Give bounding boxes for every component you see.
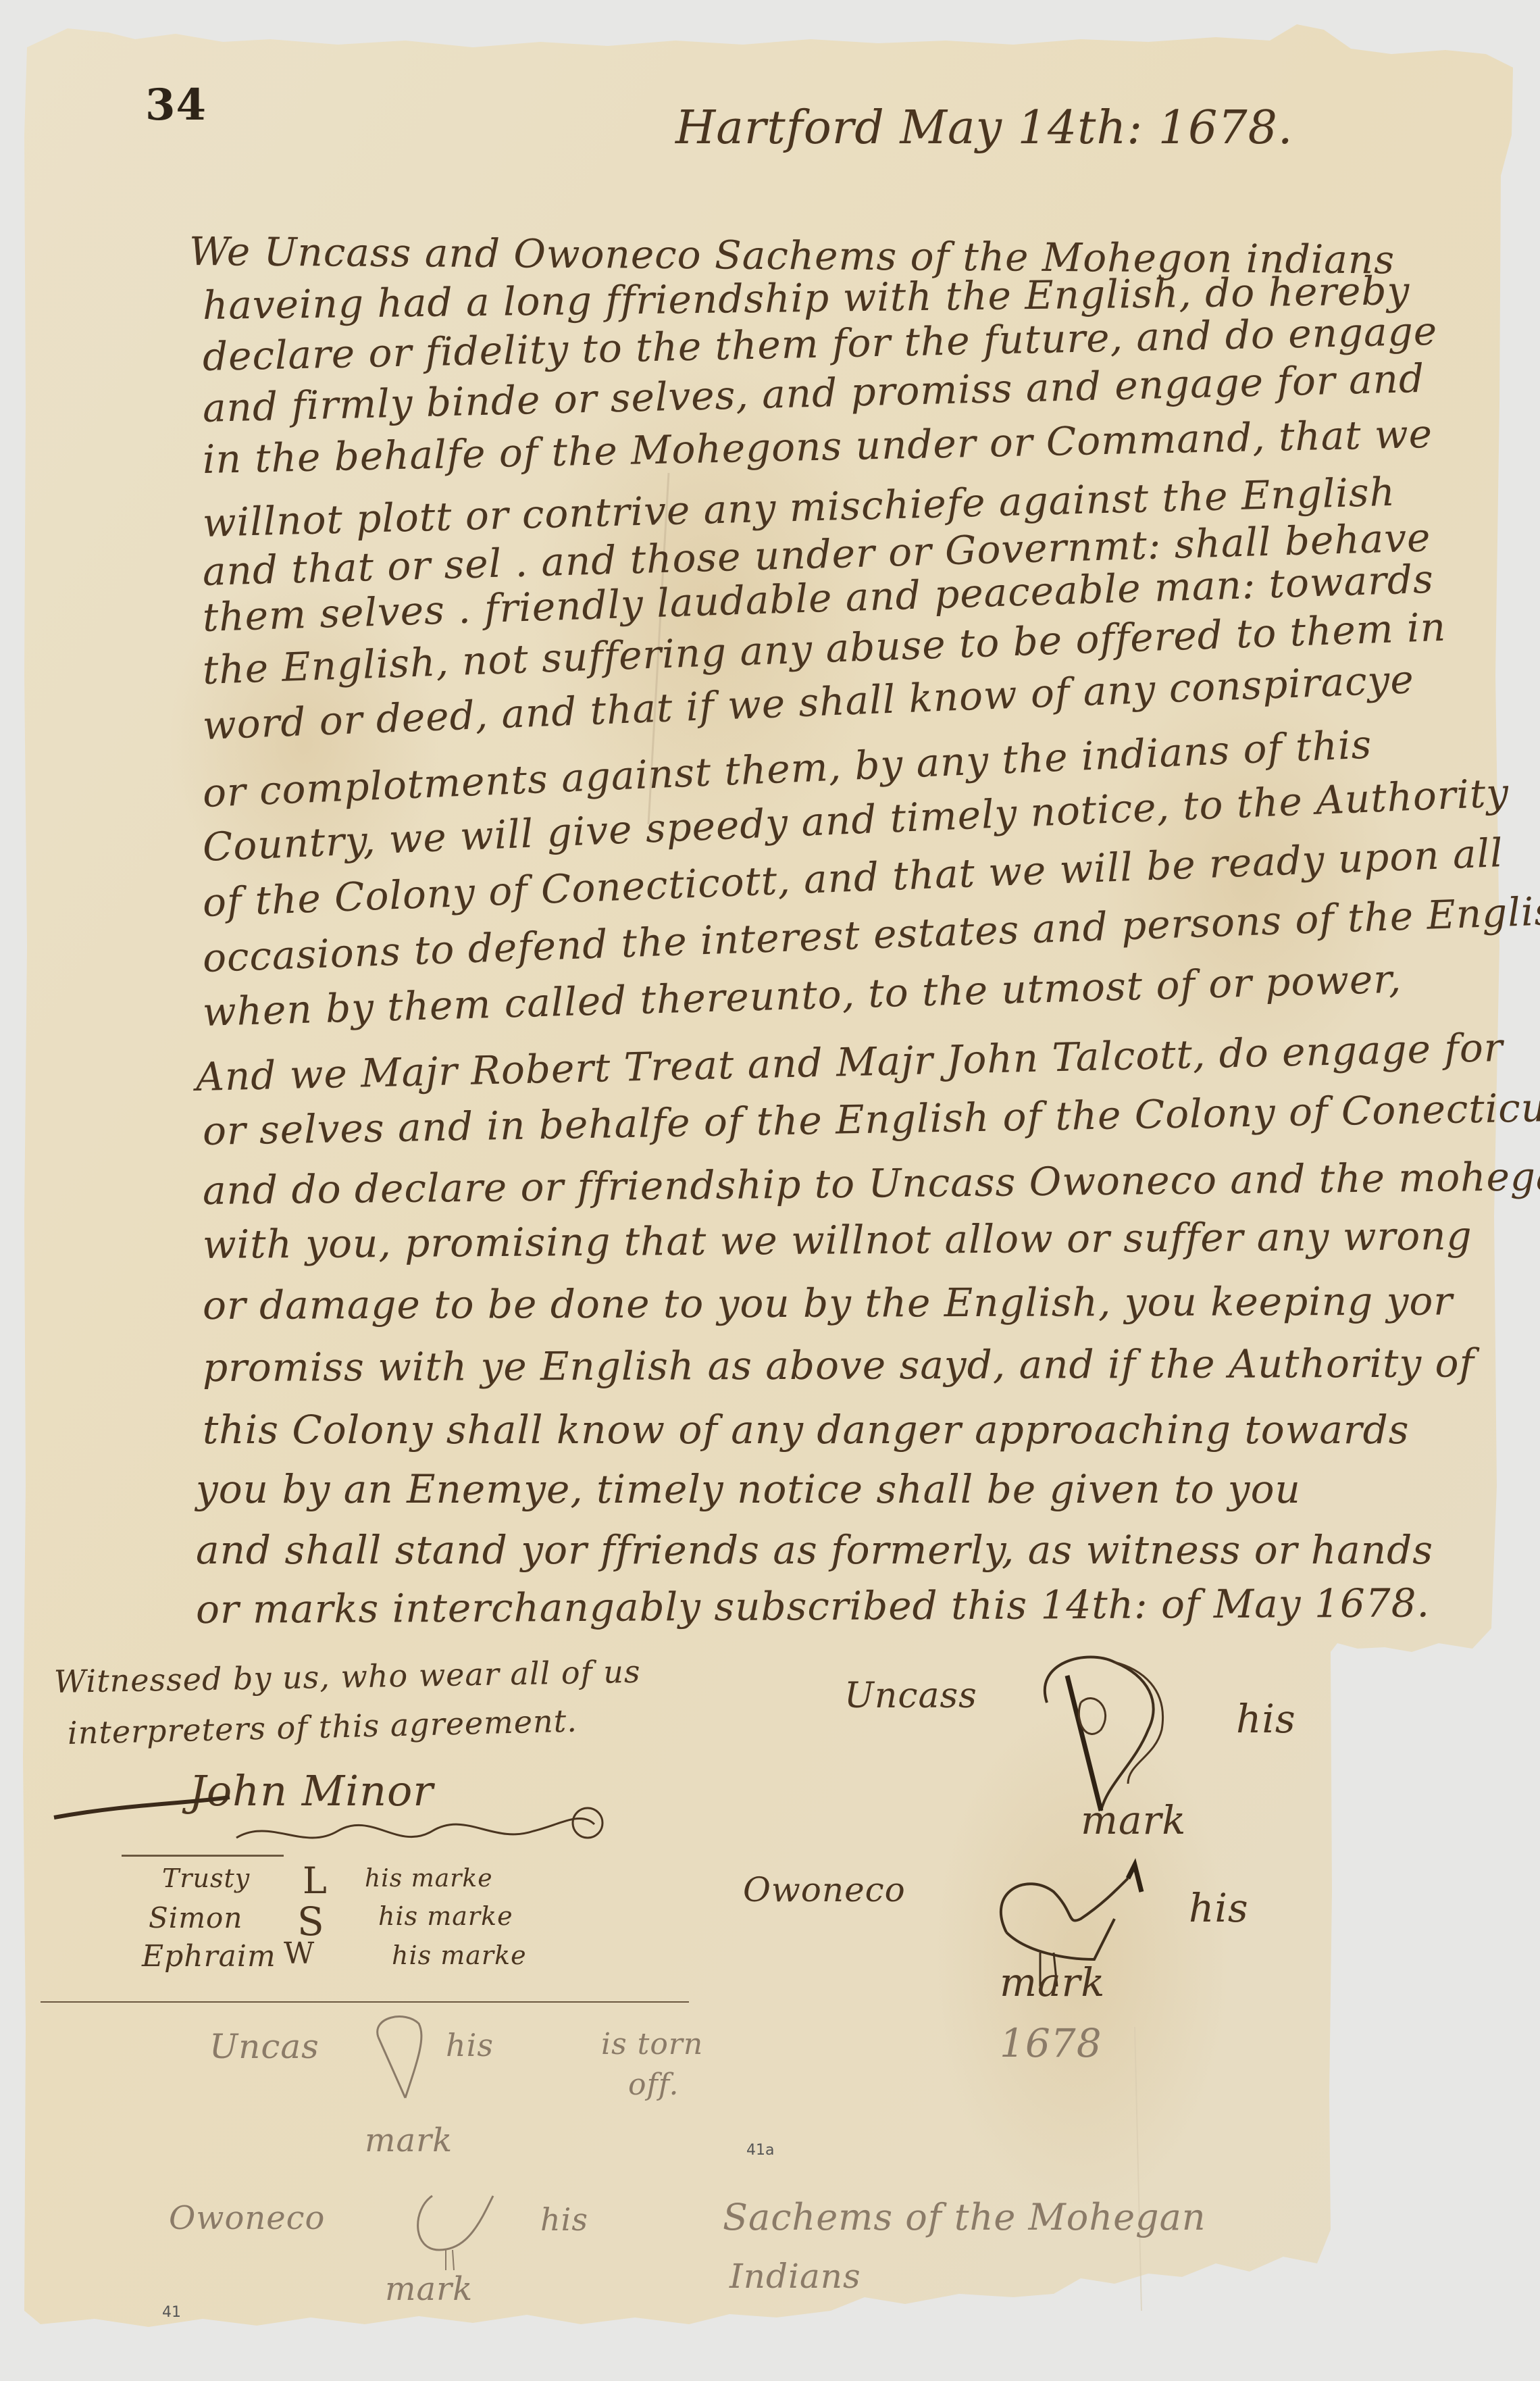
owoneco-copy-name: Owoneco bbox=[169, 2199, 325, 2237]
date-note: 1678 bbox=[1000, 2020, 1102, 2066]
caption-line-1: Sachems of the Mohegan bbox=[723, 2196, 1206, 2238]
witness-mark-name: Trusty bbox=[162, 1863, 250, 1893]
owoneco-copy-his: his bbox=[540, 2201, 588, 2238]
document-heading: Hartford May 14th: 1678. bbox=[675, 101, 1293, 155]
uncas-copy-mark: mark bbox=[365, 2122, 453, 2159]
witness-mark-label: his marke bbox=[365, 1865, 493, 1893]
section-divider bbox=[41, 2001, 689, 2003]
body-line: with you, promising that we willnot allo… bbox=[203, 1213, 1472, 1268]
witness-mark-label: his marke bbox=[378, 1901, 513, 1931]
witness-divider bbox=[122, 1855, 284, 1857]
witness-mark-name: Ephraim bbox=[142, 1939, 276, 1974]
owoneco-copy-mark-drawing bbox=[405, 2189, 513, 2277]
body-line: this Colony shall know of any danger app… bbox=[203, 1407, 1410, 1453]
uncass-name: Uncass bbox=[844, 1676, 977, 1716]
torn-note-line-2: off. bbox=[628, 2067, 679, 2102]
body-line: promiss with ye English as above sayd, a… bbox=[203, 1340, 1474, 1390]
uncas-copy-his: his bbox=[446, 2027, 494, 2063]
uncas-copy-mark-drawing bbox=[365, 2010, 439, 2118]
uncass-his: his bbox=[1236, 1696, 1296, 1742]
witness-mark-glyph: W bbox=[284, 1936, 315, 1971]
signature-flourish bbox=[47, 1784, 655, 1858]
owoneco-mark-label: mark bbox=[1000, 1959, 1105, 2005]
body-line: or marks interchangably subscribed this … bbox=[196, 1580, 1430, 1632]
uncass-mark-label: mark bbox=[1081, 1797, 1186, 1843]
caption-line-2: Indians bbox=[729, 2257, 861, 2296]
owoneco-copy-mark: mark bbox=[385, 2270, 473, 2308]
manuscript-sheet: 34 Hartford May 14th: 1678. We Uncass an… bbox=[0, 0, 1540, 2381]
witness-mark-name: Simon bbox=[149, 1901, 242, 1934]
owoneco-name: Owoneco bbox=[743, 1870, 906, 1909]
pencil-folio-41a: 41a bbox=[746, 2142, 774, 2159]
witness-mark-label: his marke bbox=[392, 1940, 527, 1970]
owoneco-his: his bbox=[1189, 1885, 1249, 1931]
body-line: you by an Enemye, timely notice shall be… bbox=[196, 1466, 1301, 1512]
pencil-folio-41: 41 bbox=[162, 2304, 181, 2321]
witness-mark-glyph: L bbox=[303, 1859, 328, 1902]
torn-note-line-1: is torn bbox=[601, 2027, 703, 2061]
body-line: or damage to be done to you by the Engli… bbox=[203, 1278, 1453, 1328]
uncas-copy-name: Uncas bbox=[209, 2027, 319, 2066]
folio-number: 34 bbox=[145, 80, 207, 130]
body-line: and shall stand yor ffriends as formerly… bbox=[196, 1527, 1433, 1573]
